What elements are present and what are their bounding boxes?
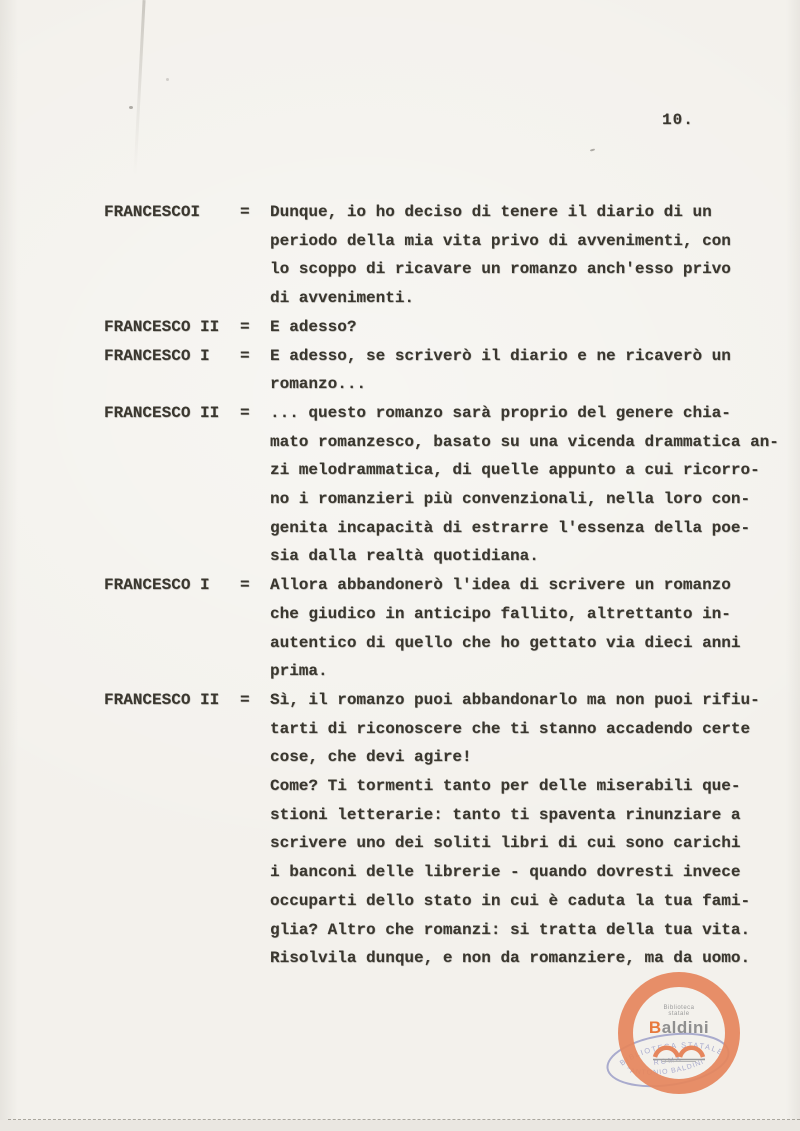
dialogue-line: occuparti dello stato in cui è caduta la…: [270, 887, 780, 916]
dialogue-entry: FRANCESCO II = ... questo romanzo sarà p…: [104, 399, 784, 571]
dialogue-line: sia dalla realtà quotidiana.: [270, 542, 780, 571]
scanned-script-page: 10. FRANCESCOI = Dunque, io ho deciso di…: [0, 0, 800, 1131]
dialogue-entry: FRANCESCO II = E adesso?: [104, 313, 784, 342]
dialogue-line: cose, che devi agire!: [270, 743, 780, 772]
speaker-label: FRANCESCO II: [104, 686, 240, 715]
dialogue-line: di avvenimenti.: [270, 284, 780, 313]
page-edge-line: [8, 1119, 800, 1120]
ink-speck: [129, 106, 133, 109]
dialogue-line: zi melodrammatica, di quelle appunto a c…: [270, 456, 780, 485]
dialogue-line: E adesso, se scriverò il diario e ne ric…: [270, 342, 780, 371]
speaker-label: FRANCESCO I: [104, 342, 240, 371]
dialogue-lines: E adesso, se scriverò il diario e ne ric…: [270, 342, 780, 399]
dialogue-line: Dunque, io ho deciso di tenere il diario…: [270, 198, 780, 227]
ink-speck: [590, 148, 595, 151]
equals-sign: =: [240, 313, 270, 342]
library-logo-content: Biblioteca statale Baldini: [633, 987, 725, 1079]
speaker-label: FRANCESCOI: [104, 198, 240, 227]
equals-sign: =: [240, 686, 270, 715]
dialogue-lines: Sì, il romanzo puoi abbandonarlo ma non …: [270, 686, 780, 973]
dialogue-entry: FRANCESCOI = Dunque, io ho deciso di ten…: [104, 198, 784, 313]
dialogue-lines: E adesso?: [270, 313, 780, 342]
dialogue-entry: FRANCESCO I = E adesso, se scriverò il d…: [104, 342, 784, 399]
page-number: 10.: [662, 110, 694, 130]
paper-crease: [133, 0, 145, 175]
logo-rest: aldini: [662, 1018, 709, 1037]
equals-sign: =: [240, 399, 270, 428]
dialogue-line: prima.: [270, 657, 780, 686]
dialogue-line: mato romanzesco, basato su una vicenda d…: [270, 428, 780, 457]
dialogue-entry: FRANCESCO I = Allora abbandonerò l'idea …: [104, 571, 784, 686]
equals-sign: =: [240, 571, 270, 600]
speaker-label: FRANCESCO I: [104, 571, 240, 600]
dialogue-line: lo scoppo di ricavare un romanzo anch'es…: [270, 255, 780, 284]
dialogue-line: Come? Ti tormenti tanto per delle misera…: [270, 772, 780, 801]
dialogue-line: i banconi delle librerie - quando dovres…: [270, 858, 780, 887]
equals-sign: =: [240, 198, 270, 227]
library-logo-stamp: Biblioteca statale Baldini: [618, 972, 740, 1094]
speaker-label: FRANCESCO II: [104, 313, 240, 342]
dialogue-script: FRANCESCOI = Dunque, io ho deciso di ten…: [104, 198, 784, 973]
dialogue-line: scrivere uno dei soliti libri di cui son…: [270, 829, 780, 858]
open-book-icon: [650, 1038, 708, 1062]
dialogue-line: periodo della mia vita privo di avvenime…: [270, 227, 780, 256]
dialogue-lines: Dunque, io ho deciso di tenere il diario…: [270, 198, 780, 313]
logo-initial: B: [649, 1018, 662, 1037]
dialogue-entry: FRANCESCO II = Sì, il romanzo puoi abban…: [104, 686, 784, 973]
dialogue-line: stioni letterarie: tanto ti spaventa rin…: [270, 801, 780, 830]
dialogue-lines: Allora abbandonerò l'idea di scrivere un…: [270, 571, 780, 686]
dialogue-line: ... questo romanzo sarà proprio del gene…: [270, 399, 780, 428]
dialogue-line: che giudico in anticipo fallito, altrett…: [270, 600, 780, 629]
page-bottom-strip: [0, 1120, 800, 1131]
dialogue-line: autentico di quello che ho gettato via d…: [270, 629, 780, 658]
equals-sign: =: [240, 342, 270, 371]
dialogue-line: genita incapacità di estrarre l'essenza …: [270, 514, 780, 543]
logo-caption: Biblioteca statale: [663, 1005, 694, 1018]
speaker-label: FRANCESCO II: [104, 399, 240, 428]
dialogue-line: romanzo...: [270, 370, 780, 399]
dialogue-line: E adesso?: [270, 313, 780, 342]
dialogue-line: no i romanzieri più convenzionali, nella…: [270, 485, 780, 514]
dialogue-lines: ... questo romanzo sarà proprio del gene…: [270, 399, 780, 571]
dialogue-line: Risolvila dunque, e non da romanziere, m…: [270, 944, 780, 973]
dialogue-line: Sì, il romanzo puoi abbandonarlo ma non …: [270, 686, 780, 715]
dialogue-line: glia? Altro che romanzi: si tratta della…: [270, 916, 780, 945]
ink-speck: [166, 78, 169, 81]
logo-wordmark: Baldini: [649, 1019, 709, 1037]
dialogue-line: tarti di riconoscere che ti stanno accad…: [270, 715, 780, 744]
dialogue-line: Allora abbandonerò l'idea di scrivere un…: [270, 571, 780, 600]
